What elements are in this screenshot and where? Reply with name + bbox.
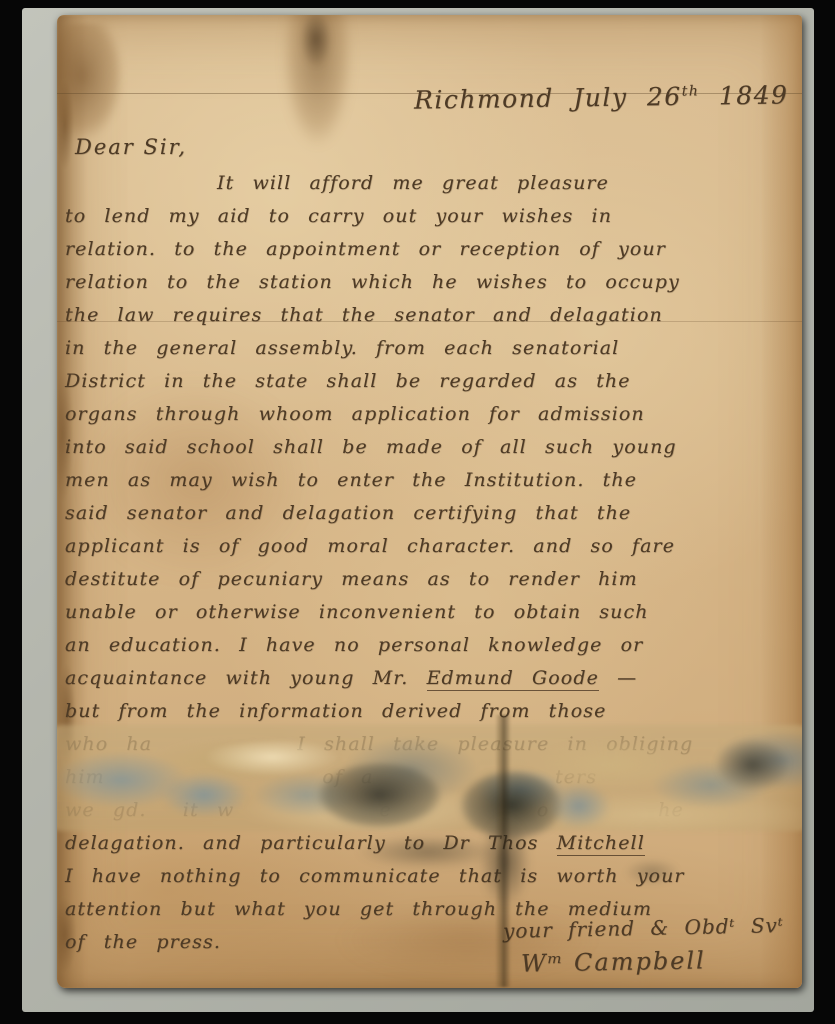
letter-line: relation to the station which he wishes …: [65, 266, 797, 299]
top-center-stain-core: [295, 15, 337, 81]
letter-line: applicant is of good moral character. an…: [65, 530, 797, 563]
letter-line: destitute of pecuniary means as to rende…: [65, 563, 797, 596]
letter-line-damaged: we gd. it w e o he: [65, 794, 797, 827]
letter-line: in the general assembly. from each senat…: [65, 332, 797, 365]
letter-dateline: Richmond July 26th 1849: [413, 80, 788, 114]
line-text: —: [599, 667, 637, 689]
letter-line-damaged: who ha I shall take pleasure in obliging: [65, 728, 797, 761]
letter-line: delagation. and particularly to Dr Thos …: [65, 827, 797, 860]
letter-line: men as may wish to enter the Institution…: [65, 464, 797, 497]
dateline-year: 1849: [718, 80, 788, 110]
letter-line: said senator and delagation certifying t…: [65, 497, 797, 530]
letter-line: but from the information derived from th…: [65, 695, 797, 728]
letter-line: District in the state shall be regarded …: [65, 365, 797, 398]
letter-line: into said school shall be made of all su…: [65, 431, 797, 464]
letter-line: It will afford me great pleasure: [65, 167, 797, 200]
underlined-name: Mitchell: [557, 832, 645, 856]
letter-line: I have nothing to communicate that is wo…: [65, 860, 797, 893]
letter-line: relation. to the appointment or receptio…: [65, 233, 797, 266]
dateline-place-day: Richmond July 26: [413, 82, 681, 115]
underlined-name: Edmund Goode: [427, 667, 599, 691]
line-text: acquaintance with young Mr.: [65, 667, 427, 689]
letter-line: unable or otherwise inconvenient to obta…: [65, 596, 797, 629]
signature: Wᵐ Campbell: [521, 946, 706, 977]
dateline-ordinal: th: [681, 83, 699, 99]
letter-line: the law requires that the senator and de…: [65, 299, 797, 332]
letter-line-damaged: him of a ters: [65, 761, 797, 794]
letter-body: It will afford me great pleasure to lend…: [65, 167, 797, 959]
letter-line: acquaintance with young Mr. Edmund Goode…: [65, 662, 797, 695]
letter-page: Richmond July 26th 1849 Dear Sir, It wil…: [57, 15, 802, 988]
letter-line: to lend my aid to carry out your wishes …: [65, 200, 797, 233]
letter-line: organs through whoom application for adm…: [65, 398, 797, 431]
line-text: delagation. and particularly to Dr Thos: [65, 832, 557, 854]
letter-line: an education. I have no personal knowled…: [65, 629, 797, 662]
salutation: Dear Sir,: [75, 135, 187, 159]
